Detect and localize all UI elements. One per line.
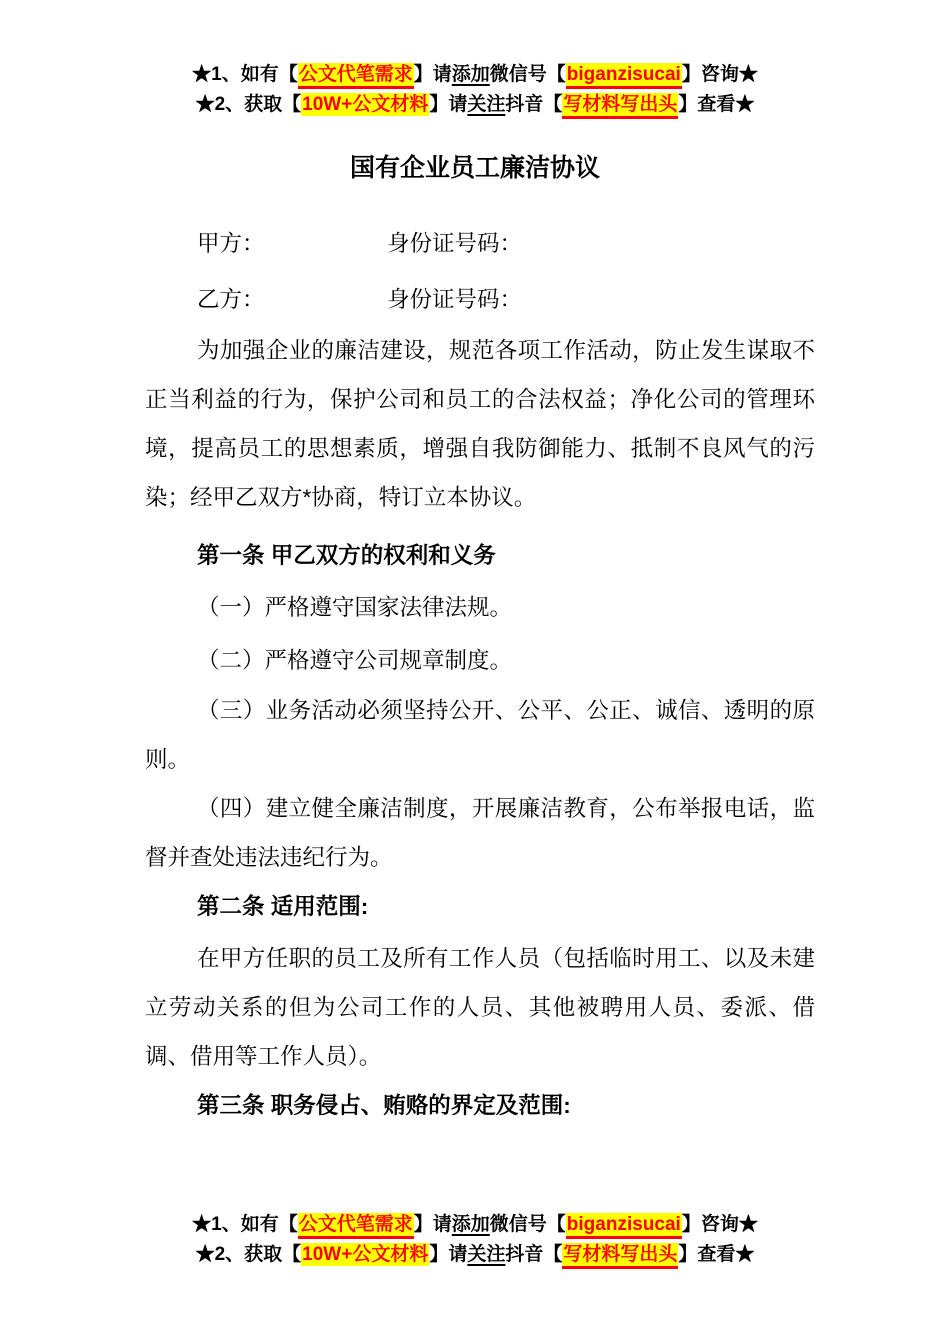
banner-text: 微信号【 xyxy=(490,64,566,85)
party-a-id-label: 身份证号码： xyxy=(387,231,522,256)
banner-underlined-text: 关注 xyxy=(467,94,505,115)
document-body: 甲方：身份证号码： 乙方：身份证号码： 为加强企业的廉洁建设，规范各项工作活动，… xyxy=(145,219,815,1130)
footer-banner-line-1: ★1、如有【公文代笔需求】请添加微信号【biganzisucai】咨询★ xyxy=(0,1210,950,1240)
footer-banner-line-2: ★2、获取【10W+公文材料】请关注抖音【写材料写出头】查看★ xyxy=(0,1240,950,1270)
article-1-item-1: （一）严格遵守国家法律法规。 xyxy=(145,583,815,632)
banner-underlined-text: 添加 xyxy=(452,64,490,85)
intro-paragraph: 为加强企业的廉洁建设，规范各项工作活动，防止发生谋取不正当利益的行为，保护公司和… xyxy=(145,326,815,522)
party-a-line: 甲方：身份证号码： xyxy=(145,219,815,268)
article-2-heading: 第二条 适用范围: xyxy=(145,882,815,931)
banner-text: 】请 xyxy=(414,1214,452,1235)
party-b-id-label: 身份证号码： xyxy=(387,287,522,312)
party-a-label: 甲方： xyxy=(197,219,387,268)
banner-text: 微信号【 xyxy=(490,1214,566,1235)
document-page: ★1、如有【公文代笔需求】请添加微信号【biganzisucai】咨询★ ★2、… xyxy=(0,0,950,1344)
banner-text: 】请 xyxy=(429,94,467,115)
document-title: 国有企业员工廉洁协议 xyxy=(0,151,950,185)
banner-highlight-writing-service: 公文代笔需求 xyxy=(298,1213,414,1239)
banner-text: 】咨询★ xyxy=(682,64,758,85)
banner-text: 抖音【 xyxy=(505,94,562,115)
article-1-heading: 第一条 甲乙双方的权利和义务 xyxy=(145,531,815,580)
banner-text: 】请 xyxy=(429,1244,467,1265)
header-banner: ★1、如有【公文代笔需求】请添加微信号【biganzisucai】咨询★ ★2、… xyxy=(0,60,950,120)
banner-underlined-text: 关注 xyxy=(467,1244,505,1265)
banner-highlight-materials: 10W+公文材料 xyxy=(301,1243,429,1266)
header-banner-line-2: ★2、获取【10W+公文材料】请关注抖音【写材料写出头】查看★ xyxy=(0,90,950,120)
banner-text: 】请 xyxy=(414,64,452,85)
banner-highlight-wechat-id: biganzisucai xyxy=(566,1213,682,1239)
party-b-line: 乙方：身份证号码： xyxy=(145,275,815,324)
banner-text: 】查看★ xyxy=(678,94,754,115)
article-3-heading: 第三条 职务侵占、贿赂的界定及范围: xyxy=(145,1081,815,1130)
banner-highlight-douyin-id: 写材料写出头 xyxy=(562,93,678,119)
banner-text: ★1、如有【 xyxy=(192,64,298,85)
banner-text: ★2、获取【 xyxy=(196,94,302,115)
header-banner-line-1: ★1、如有【公文代笔需求】请添加微信号【biganzisucai】咨询★ xyxy=(0,60,950,90)
banner-text: 抖音【 xyxy=(505,1244,562,1265)
banner-highlight-douyin-id: 写材料写出头 xyxy=(562,1243,678,1269)
banner-text: ★1、如有【 xyxy=(192,1214,298,1235)
party-b-label: 乙方： xyxy=(197,275,387,324)
banner-text: 】咨询★ xyxy=(682,1214,758,1235)
banner-highlight-wechat-id: biganzisucai xyxy=(566,63,682,89)
banner-text: 】查看★ xyxy=(678,1244,754,1265)
banner-highlight-writing-service: 公文代笔需求 xyxy=(298,63,414,89)
banner-highlight-materials: 10W+公文材料 xyxy=(301,93,429,116)
article-2-body: 在甲方任职的员工及所有工作人员（包括临时用工、以及未建立劳动关系的但为公司工作的… xyxy=(145,934,815,1081)
footer-banner: ★1、如有【公文代笔需求】请添加微信号【biganzisucai】咨询★ ★2、… xyxy=(0,1210,950,1270)
banner-underlined-text: 添加 xyxy=(452,1214,490,1235)
article-1-item-4: （四）建立健全廉洁制度，开展廉洁教育，公布举报电话，监督并查处违法违纪行为。 xyxy=(145,784,815,882)
banner-text: ★2、获取【 xyxy=(196,1244,302,1265)
article-1-item-3: （三）业务活动必须坚持公开、公平、公正、诚信、透明的原则。 xyxy=(145,686,815,784)
article-1-item-2: （二）严格遵守公司规章制度。 xyxy=(145,636,815,685)
